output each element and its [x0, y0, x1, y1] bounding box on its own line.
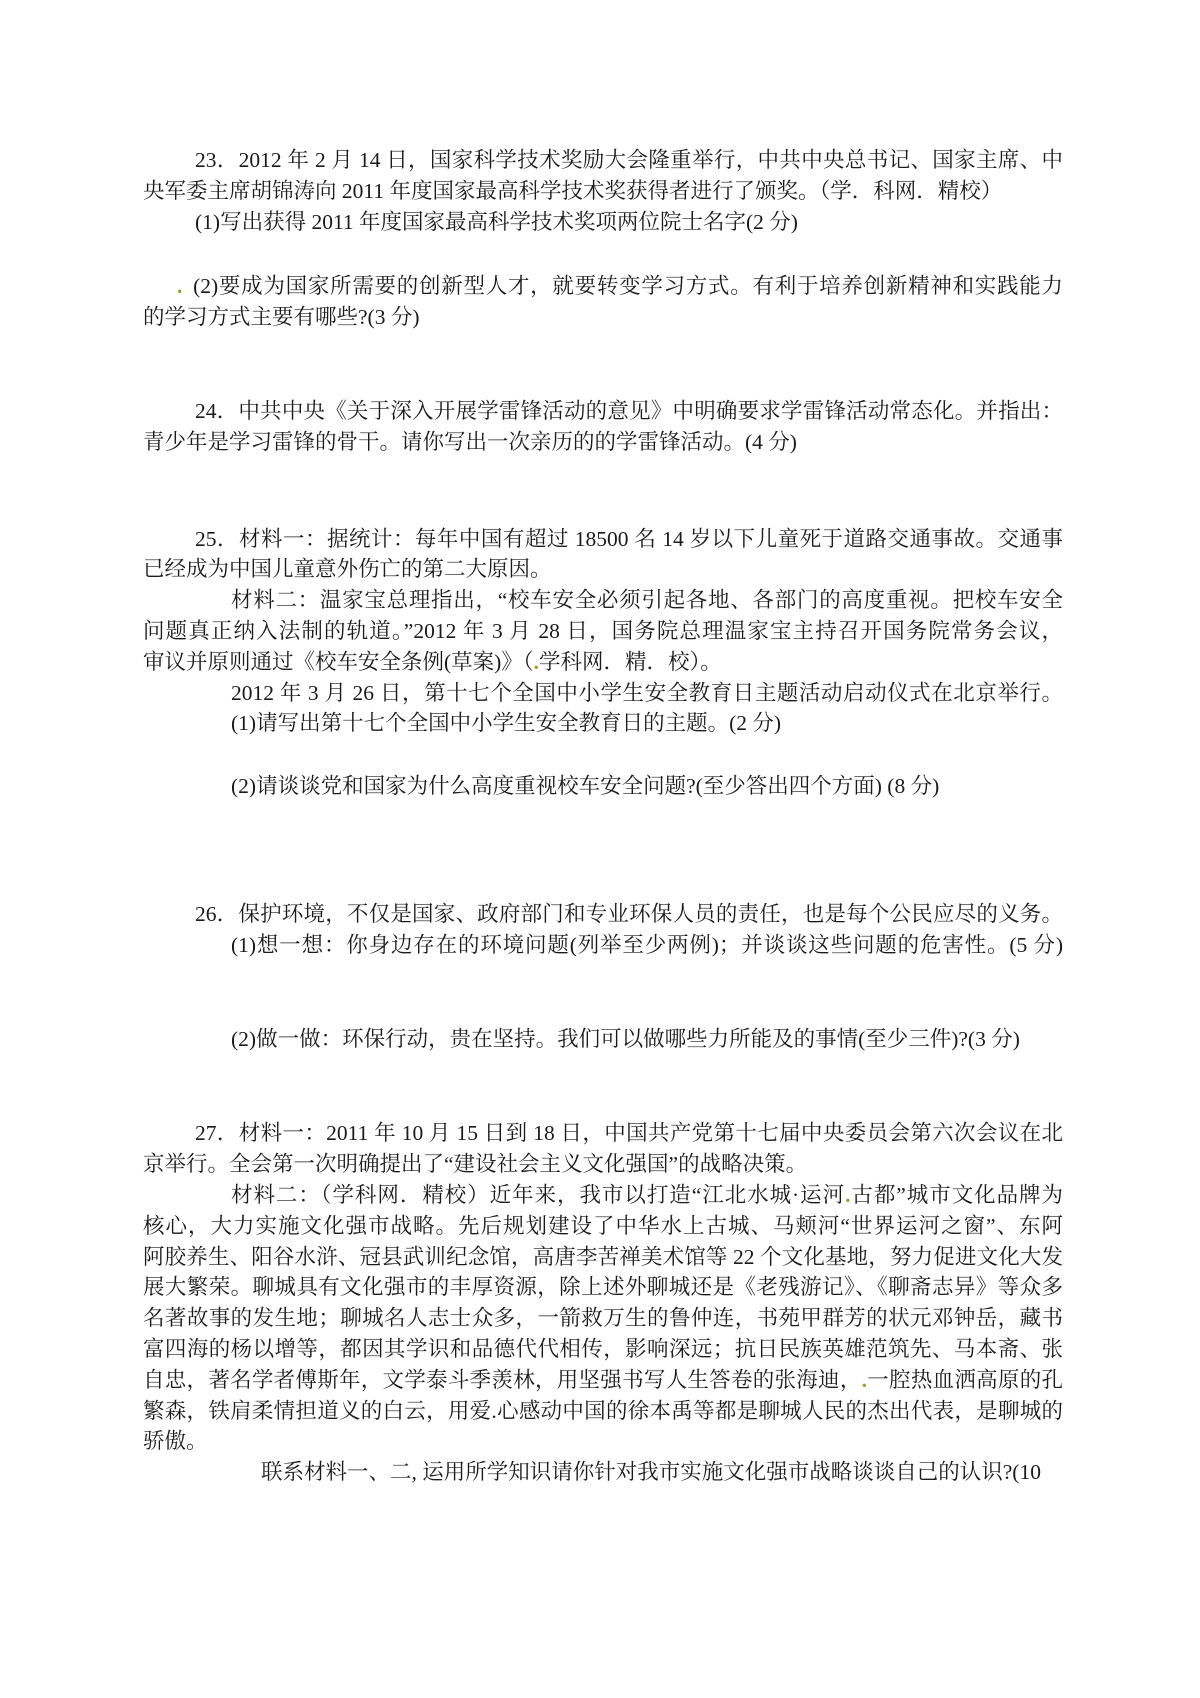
text-segment: 展大繁荣。聊城具有文化强市的丰厚资源，除上述外聊城还是《老残游记》、《聊斋志异》… — [143, 1275, 1063, 1299]
text-segment: 核心，大力实施文化强市战略。先后规划建设了中华水上古城、马颊河“世界运河之窗”、… — [143, 1214, 1063, 1238]
text-segment: 京举行。全会第一次明确提出了“建设社会主义文化强国”的战略决策。 — [143, 1152, 807, 1176]
text-line: 青少年是学习雷锋的骨干。请你写出一次亲历的的学雷锋活动。(4 分) — [143, 427, 1063, 458]
text-segment: 阿胶养生、阳谷水浒、冠县武训纪念馆，高唐李苦禅美术馆等 22 个文化基地，努力促… — [143, 1245, 1063, 1269]
text-line: 核心，大力实施文化强市战略。先后规划建设了中华水上古城、马颊河“世界运河之窗”、… — [143, 1211, 1063, 1242]
text-segment: (1)请写出第十七个全国中小学生安全教育日的主题。(2 分) — [231, 711, 781, 735]
text-segment: (2)请谈谈党和国家为什么高度重视校车安全问题?(至少答出四个方面) (8 分) — [231, 774, 939, 798]
text-segment: 联系材料一、二, 运用所学知识请你针对我市实施文化强市战略谈谈自己的认识?(10… — [261, 1460, 1041, 1488]
text-segment: 自忠，著名学者傅斯年，文学泰斗季羡林，用坚强书写人生答卷的张海迪， — [143, 1368, 862, 1392]
text-line: (1)想一想：你身边存在的环境问题(列举至少两例)；并谈谈这些问题的危害性。(5… — [143, 930, 1063, 961]
text-line: 阿胶养生、阳谷水浒、冠县武训纪念馆，高唐李苦禅美术馆等 22 个文化基地，努力促… — [143, 1242, 1063, 1273]
text-line: 已经成为中国儿童意外伤亡的第二大原因。 — [143, 554, 1063, 585]
text-line: 23．2012 年 2 月 14 日，国家科学技术奖励大会隆重举行，中共中央总书… — [143, 145, 1063, 176]
text-segment: 25．材料一：据统计：每年中国有超过 18500 名 14 岁以下儿童死于道路交… — [195, 527, 1063, 555]
text-line: 富四海的杨以增等，都因其学识和品德代代相传，影响深远；抗日民族英雄范筑先、马本斋… — [143, 1334, 1063, 1365]
text-segment: 23．2012 年 2 月 14 日，国家科学技术奖励大会隆重举行，中共中央总书… — [195, 148, 1063, 172]
text-line: 展大繁荣。聊城具有文化强市的丰厚资源，除上述外聊城还是《老残游记》、《聊斋志异》… — [143, 1272, 1063, 1303]
exam-page: 23．2012 年 2 月 14 日，国家科学技术奖励大会隆重举行，中共中央总书… — [0, 0, 1200, 1698]
text-segment: 青少年是学习雷锋的骨干。请你写出一次亲历的的学雷锋活动。(4 分) — [143, 430, 797, 454]
text-line: 材料二：（学科网．精校）近年来，我市以打造“江北水城·运河.古都”城市文化品牌为 — [143, 1180, 1063, 1211]
text-segment: 材料二：温家宝总理指出，“校车安全必须引起各地、各部门的高度重视。把校车安全 — [231, 588, 1063, 612]
text-line: (2)做一做：环保行动，贵在坚持。我们可以做哪些力所能及的事情(至少三件)?(3… — [143, 1024, 1063, 1055]
question-26: 26．保护环境，不仅是国家、政府部门和专业环保人员的责任，也是每个公民应尽的义务… — [143, 899, 1063, 961]
text-line: (1)请写出第十七个全国中小学生安全教育日的主题。(2 分) — [143, 708, 1063, 739]
text-line: 材料二：温家宝总理指出，“校车安全必须引起各地、各部门的高度重视。把校车安全 — [143, 585, 1063, 616]
text-line: 繁森，铁肩柔情担道义的白云，用爱.心感动中国的徐本禹等都是聊城人民的杰出代表，是… — [143, 1396, 1063, 1427]
text-line: 联系材料一、二, 运用所学知识请你针对我市实施文化强市战略谈谈自己的认识?(10… — [143, 1457, 1063, 1488]
question-23: 23．2012 年 2 月 14 日，国家科学技术奖励大会隆重举行，中共中央总书… — [143, 145, 1063, 237]
text-line: 骄傲。 — [143, 1426, 1063, 1457]
text-line: 央军委主席胡锦涛向 2011 年度国家最高科学技术奖获得者进行了颁奖。（学．科网… — [143, 176, 1063, 207]
text-segment: 富四海的杨以增等，都因其学识和品德代代相传，影响深远；抗日民族英雄范筑先、马本斋… — [143, 1337, 1063, 1361]
text-line: (1)写出获得 2011 年度国家最高科学技术奖项两位院士名字(2 分) — [143, 207, 1063, 238]
text-segment: 一腔热血洒高原的孔 — [867, 1368, 1063, 1392]
text-line: 自忠，著名学者傅斯年，文学泰斗季羡林，用坚强书写人生答卷的张海迪，.一腔热血洒高… — [143, 1365, 1063, 1396]
text-line: 名著故事的发生地；聊城名人志士众多，一箭救万生的鲁仲连，书苑甲群芳的状元邓钟岳，… — [143, 1303, 1063, 1334]
text-line: 问题真正纳入法制的轨道。”2012 年 3 月 28 日，国务院总理温家宝主持召… — [143, 616, 1063, 647]
text-segment: 古都”城市文化品牌为 — [850, 1183, 1063, 1207]
text-segment: 材料二：（学科网．精校）近年来，我市以打造“江北水城·运河 — [231, 1183, 845, 1207]
text-segment: 已经成为中国儿童意外伤亡的第二大原因。 — [143, 557, 552, 581]
text-line: 京举行。全会第一次明确提出了“建设社会主义文化强国”的战略决策。 — [143, 1149, 1063, 1180]
text-segment: 审议并原则通过《校车安全条例(草案)》（ — [143, 650, 534, 674]
text-segment: 的学习方式主要有哪些?(3 分) — [143, 305, 420, 329]
text-segment: (1)想一想：你身边存在的环境问题(列举至少两例)；并谈谈这些问题的危害性。(5… — [231, 933, 1063, 957]
text-segment: 繁森，铁肩柔情担道义的白云，用爱.心感动中国的徐本禹等都是聊城人民的杰出代表，是… — [143, 1399, 1063, 1423]
text-line: (2)请谈谈党和国家为什么高度重视校车安全问题?(至少答出四个方面) (8 分) — [143, 771, 1063, 802]
text-segment: 26．保护环境，不仅是国家、政府部门和专业环保人员的责任，也是每个公民应尽的义务… — [195, 902, 1063, 926]
text-segment: (2)做一做：环保行动，贵在坚持。我们可以做哪些力所能及的事情(至少三件)?(3… — [231, 1027, 1020, 1051]
question-26-part2: (2)做一做：环保行动，贵在坚持。我们可以做哪些力所能及的事情(至少三件)?(3… — [143, 1024, 1063, 1055]
text-segment: (2)要成为国家所需要的创新型人才，就要转变学习方式。有利于培养创新精神和实践能… — [182, 274, 1063, 298]
text-segment: 问题真正纳入法制的轨道。”2012 年 3 月 28 日，国务院总理温家宝主持召… — [143, 619, 1063, 643]
question-27: 27．材料一：2011 年 10 月 15 日到 18 日，中国共产党第十七届中… — [143, 1118, 1063, 1488]
text-line: . (2)要成为国家所需要的创新型人才，就要转变学习方式。有利于培养创新精神和实… — [143, 271, 1063, 302]
question-25: 25．材料一：据统计：每年中国有超过 18500 名 14 岁以下儿童死于道路交… — [143, 524, 1063, 740]
text-line: 的学习方式主要有哪些?(3 分) — [143, 302, 1063, 333]
text-line: 2012 年 3 月 26 日，第十七个全国中小学生安全教育日主题活动启动仪式在… — [143, 678, 1063, 709]
text-line: 27．材料一：2011 年 10 月 15 日到 18 日，中国共产党第十七届中… — [143, 1118, 1063, 1149]
text-line: 26．保护环境，不仅是国家、政府部门和专业环保人员的责任，也是每个公民应尽的义务… — [143, 899, 1063, 930]
text-segment: (1)写出获得 2011 年度国家最高科学技术奖项两位院士名字(2 分) — [195, 210, 798, 234]
text-segment: 名著故事的发生地；聊城名人志士众多，一箭救万生的鲁仲连，书苑甲群芳的状元邓钟岳，… — [143, 1306, 1063, 1330]
document-body: 23．2012 年 2 月 14 日，国家科学技术奖励大会隆重举行，中共中央总书… — [143, 145, 1063, 1488]
text-segment: 2012 年 3 月 26 日，第十七个全国中小学生安全教育日主题活动启动仪式在… — [231, 681, 1063, 705]
text-segment: 央军委主席胡锦涛向 2011 年度国家最高科学技术奖获得者进行了颁奖。（学．科网… — [143, 179, 1002, 203]
text-segment: 24．中共中央《关于深入开展学雷锋活动的意见》中明确要求学雷锋活动常态化。并指出… — [195, 399, 1063, 423]
text-line: 24．中共中央《关于深入开展学雷锋活动的意见》中明确要求学雷锋活动常态化。并指出… — [143, 396, 1063, 427]
question-24: 24．中共中央《关于深入开展学雷锋活动的意见》中明确要求学雷锋活动常态化。并指出… — [143, 396, 1063, 458]
text-segment: 骄傲。 — [143, 1429, 208, 1453]
text-line: 审议并原则通过《校车安全条例(草案)》（.学科网．精．校）。 — [143, 647, 1063, 678]
question-25-part2: (2)请谈谈党和国家为什么高度重视校车安全问题?(至少答出四个方面) (8 分) — [143, 771, 1063, 802]
text-segment: 27．材料一：2011 年 10 月 15 日到 18 日，中国共产党第十七届中… — [195, 1121, 1063, 1145]
text-line: 25．材料一：据统计：每年中国有超过 18500 名 14 岁以下儿童死于道路交… — [143, 524, 1063, 555]
text-segment: 学科网．精．校）。 — [539, 650, 722, 674]
question-23-part2: . (2)要成为国家所需要的创新型人才，就要转变学习方式。有利于培养创新精神和实… — [143, 271, 1063, 333]
